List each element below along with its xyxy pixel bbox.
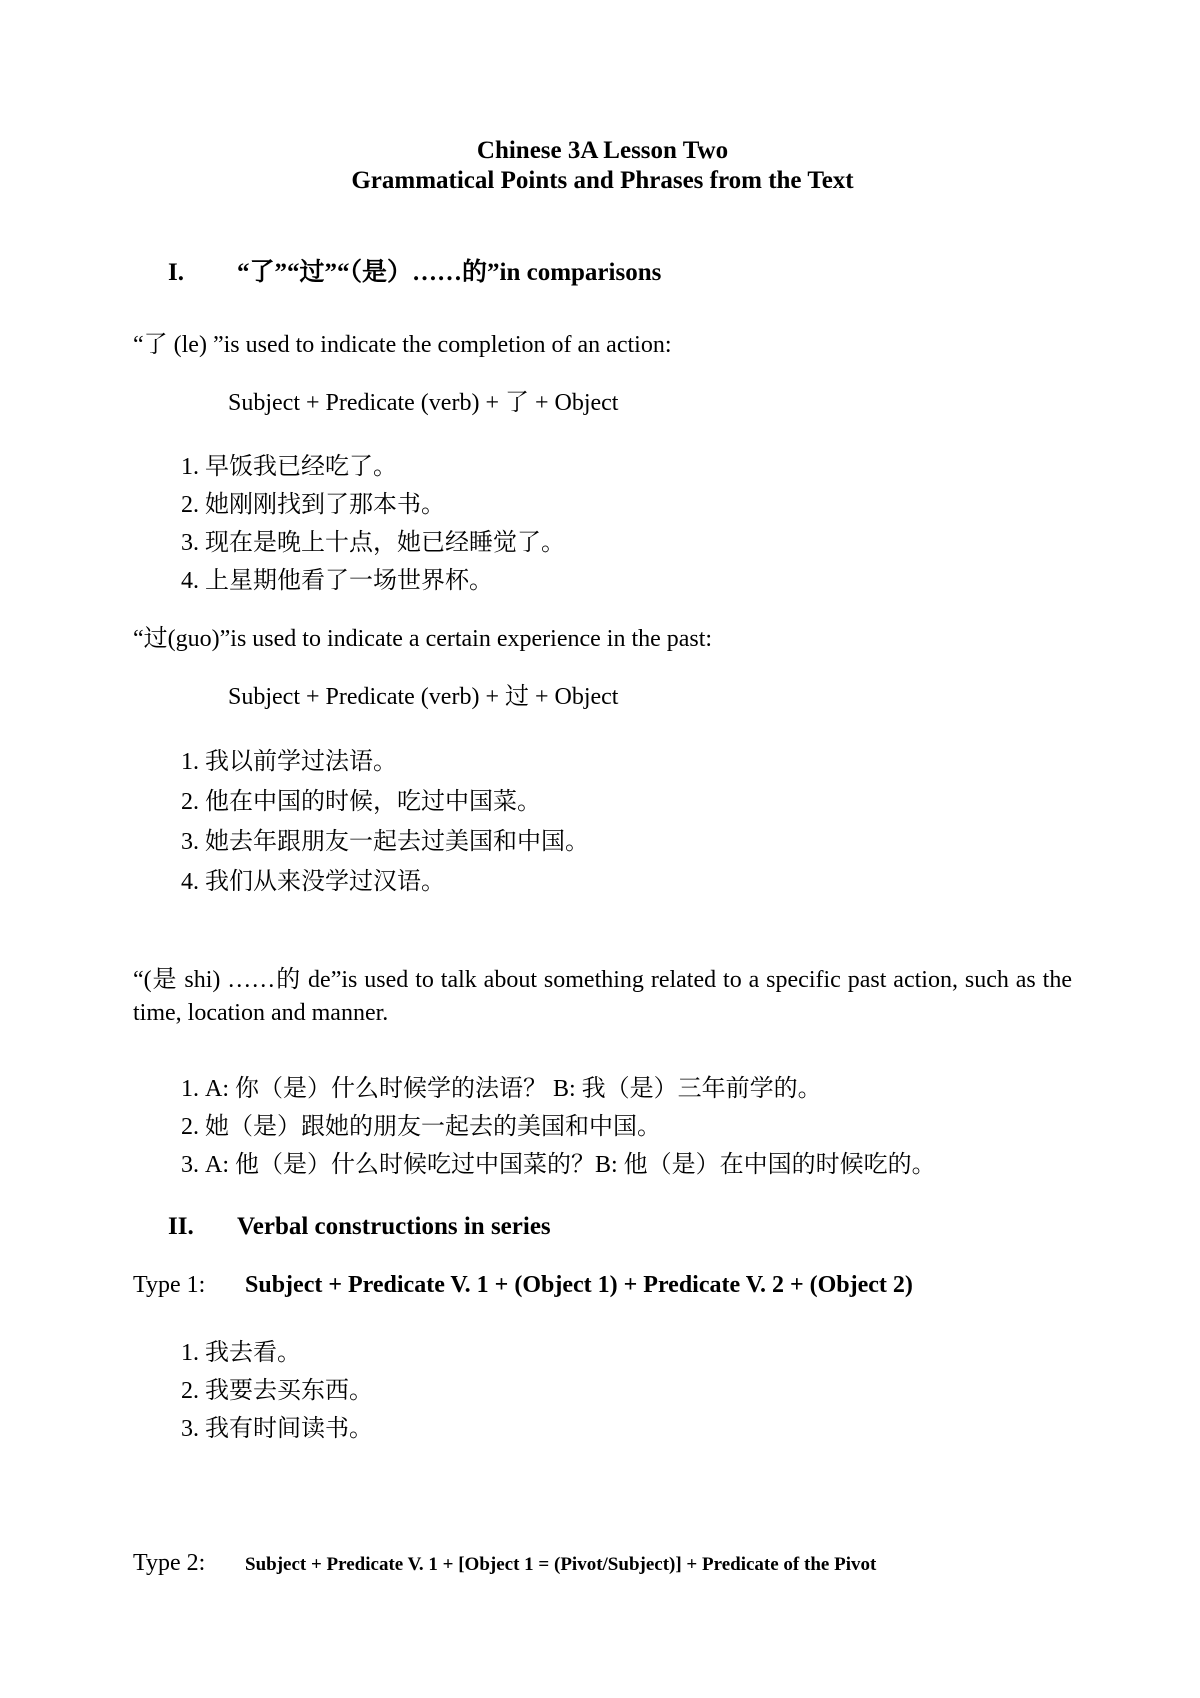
example-item: 我有时间读书。: [205, 1410, 1072, 1448]
section-1-heading: I. “了”“过”“（是）……的”in comparisons: [133, 256, 1072, 290]
section-2-heading-text: Verbal constructions in series: [237, 1210, 551, 1244]
type-1-label: Type 1:: [133, 1268, 245, 1302]
example-item: 现在是晚上十点，她已经睡觉了。: [205, 524, 1072, 562]
type-1-example-list: 我去看。我要去买东西。我有时间读书。: [133, 1334, 1072, 1448]
document-page: Chinese 3A Lesson Two Grammatical Points…: [0, 0, 1200, 1698]
example-item: A: 你（是）什么时候学的法语？ B: 我（是）三年前学的。: [205, 1070, 1072, 1108]
le-intro: “了 (le) ”is used to indicate the complet…: [133, 328, 1072, 362]
section-1-numeral: I.: [168, 256, 237, 290]
example-item: 她（是）跟她的朋友一起去的美国和中国。: [205, 1108, 1072, 1146]
type-1-formula: Subject + Predicate V. 1 + (Object 1) + …: [245, 1268, 913, 1302]
le-formula: Subject + Predicate (verb) + 了 + Object: [228, 386, 1072, 420]
example-item: 早饭我已经吃了。: [205, 448, 1072, 486]
type-2-formula: Subject + Predicate V. 1 + [Object 1 = (…: [245, 1548, 876, 1582]
shi-de-example-list: A: 你（是）什么时候学的法语？ B: 我（是）三年前学的。她（是）跟她的朋友一…: [133, 1070, 1072, 1184]
example-item: 我去看。: [205, 1334, 1072, 1372]
shi-de-intro: “(是 shi) ……的 de”is used to talk about so…: [133, 964, 1072, 1030]
document-title: Chinese 3A Lesson Two Grammatical Points…: [133, 0, 1072, 196]
example-item: 上星期他看了一场世界杯。: [205, 562, 1072, 600]
example-item: 我要去买东西。: [205, 1372, 1072, 1410]
le-example-list: 早饭我已经吃了。她刚刚找到了那本书。现在是晚上十点，她已经睡觉了。上星期他看了一…: [133, 448, 1072, 600]
example-item: 他在中国的时候，吃过中国菜。: [205, 782, 1072, 822]
type-1-row: Type 1: Subject + Predicate V. 1 + (Obje…: [133, 1268, 1072, 1302]
type-2-label: Type 2:: [133, 1546, 245, 1580]
section-2-heading: II. Verbal constructions in series: [133, 1210, 1072, 1244]
guo-formula: Subject + Predicate (verb) + 过 + Object: [228, 680, 1072, 714]
doc-title-line-1: Chinese 3A Lesson Two: [133, 136, 1072, 166]
guo-intro: “过(guo)”is used to indicate a certain ex…: [133, 622, 1072, 656]
section-1-heading-text: “了”“过”“（是）……的”in comparisons: [237, 256, 661, 290]
guo-example-list: 我以前学过法语。他在中国的时候，吃过中国菜。她去年跟朋友一起去过美国和中国。我们…: [133, 742, 1072, 902]
section-2-numeral: II.: [168, 1210, 237, 1244]
example-item: 我们从来没学过汉语。: [205, 862, 1072, 902]
example-item: A: 他（是）什么时候吃过中国菜的？B: 他（是）在中国的时候吃的。: [205, 1146, 1072, 1184]
example-item: 她去年跟朋友一起去过美国和中国。: [205, 822, 1072, 862]
type-2-row: Type 2: Subject + Predicate V. 1 + [Obje…: [133, 1546, 1072, 1582]
doc-title-line-2: Grammatical Points and Phrases from the …: [133, 166, 1072, 196]
example-item: 她刚刚找到了那本书。: [205, 486, 1072, 524]
example-item: 我以前学过法语。: [205, 742, 1072, 782]
